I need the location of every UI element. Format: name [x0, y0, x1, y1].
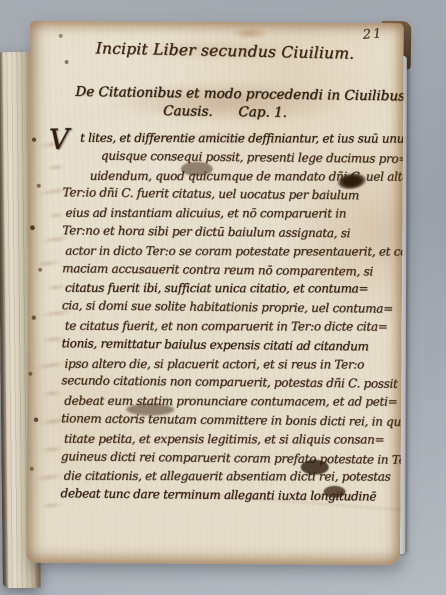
ink-speck-cluster — [30, 21, 32, 23]
manuscript-text-line: quisque consequi possit, presenti lege d… — [63, 146, 404, 169]
ink-blot — [181, 162, 213, 176]
manuscript-text-line: tionis, remittatur baiulus expensis cita… — [62, 334, 404, 357]
manuscript-page: 21 Incipit Liber secundus Ciuilium. De C… — [26, 21, 404, 566]
photo-background: 21 Incipit Liber secundus Ciuilium. De C… — [0, 0, 446, 595]
ink-blot — [126, 403, 174, 415]
bleedthrough-smudge — [30, 258, 67, 268]
chapter-heading: De Citationibus et modo procedendi in Ci… — [75, 84, 404, 124]
manuscript-text-line: te citatus fuerit, et non comparuerit in… — [62, 317, 404, 337]
chapter-heading-line: De Citationibus et modo procedendi in Ci… — [75, 84, 404, 106]
ink-blot — [301, 460, 329, 475]
manuscript-text-line: eius ad instantiam alicuius, et nō compa… — [63, 204, 404, 224]
manuscript-text-line: tionem actoris tenutam committere in bon… — [61, 409, 404, 432]
manuscript-text-line: t lites, et differentie amicitie deffini… — [63, 129, 404, 149]
manuscript-text-line: actor in dicto Ter:o se coram potestate … — [62, 242, 404, 262]
manuscript-text-line: titate petita, et expensis legitimis, et… — [61, 430, 404, 450]
chapter-heading-line: Causis. Cap. 1. — [163, 103, 404, 124]
folio-number: 21 — [362, 26, 384, 43]
ink-blot — [324, 486, 346, 498]
manuscript-text-line: debeat tunc dare terminum alleganti iuxt… — [60, 484, 403, 507]
manuscript-text-line: debeat eum statim pronunciare contumacem… — [61, 392, 404, 412]
manuscript-text-line: Ter:no et hora sibi per dictū baiulum as… — [62, 221, 404, 244]
manuscript-text-line: cia, si domi sue solite habitationis pro… — [62, 296, 404, 319]
